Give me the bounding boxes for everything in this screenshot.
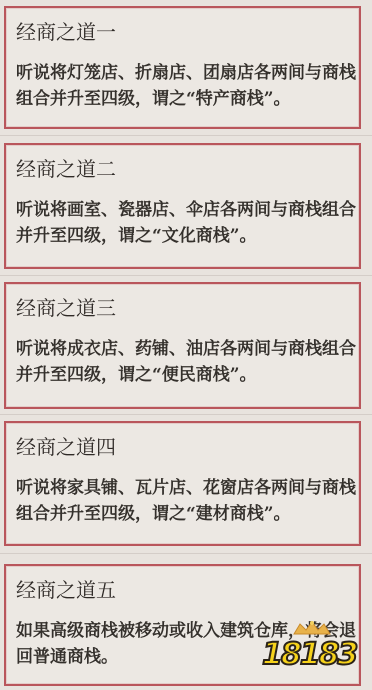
site-watermark-logo: 18183 xyxy=(262,628,358,674)
divider xyxy=(0,414,372,415)
card-body: 听说将画室、瓷器店、伞店各两间与商栈组合 并升至四级，谓之“文化商栈”。 xyxy=(16,197,356,249)
divider xyxy=(0,553,372,554)
card-body: 听说将灯笼店、折扇店、团扇店各两间与商栈 组合并升至四级，谓之“特产商栈”。 xyxy=(16,60,356,112)
card-body-line: 组合并升至四级，谓之“特产商栈”。 xyxy=(16,86,356,112)
card-body: 听说将成衣店、药铺、油店各两间与商栈组合 并升至四级，谓之“便民商栈”。 xyxy=(16,336,356,388)
card-body-line: 组合并升至四级，谓之“建材商栈”。 xyxy=(16,501,356,527)
strategy-card-3: 经商之道三 听说将成衣店、药铺、油店各两间与商栈组合 并升至四级，谓之“便民商栈… xyxy=(4,282,361,409)
card-title: 经商之道三 xyxy=(16,296,116,320)
card-body: 听说将家具铺、瓦片店、花窗店各两间与商栈 组合并升至四级，谓之“建材商栈”。 xyxy=(16,475,356,527)
card-body-line: 听说将成衣店、药铺、油店各两间与商栈组合 xyxy=(16,336,356,362)
card-title: 经商之道二 xyxy=(16,157,116,181)
card-title: 经商之道五 xyxy=(16,578,116,602)
watermark-text: 18183 xyxy=(262,638,356,672)
divider xyxy=(0,135,372,136)
card-body-line: 并升至四级，谓之“文化商栈”。 xyxy=(16,223,356,249)
crown-icon xyxy=(292,620,332,636)
card-body-line: 听说将画室、瓷器店、伞店各两间与商栈组合 xyxy=(16,197,356,223)
strategy-card-4: 经商之道四 听说将家具铺、瓦片店、花窗店各两间与商栈 组合并升至四级，谓之“建材… xyxy=(4,421,361,546)
card-body-line: 并升至四级，谓之“便民商栈”。 xyxy=(16,362,356,388)
divider xyxy=(0,275,372,276)
card-body-line: 听说将家具铺、瓦片店、花窗店各两间与商栈 xyxy=(16,475,356,501)
strategy-card-1: 经商之道一 听说将灯笼店、折扇店、团扇店各两间与商栈 组合并升至四级，谓之“特产… xyxy=(4,6,361,129)
card-title: 经商之道四 xyxy=(16,435,116,459)
strategy-card-2: 经商之道二 听说将画室、瓷器店、伞店各两间与商栈组合 并升至四级，谓之“文化商栈… xyxy=(4,143,361,269)
card-body-line: 听说将灯笼店、折扇店、团扇店各两间与商栈 xyxy=(16,60,356,86)
card-title: 经商之道一 xyxy=(16,20,116,44)
